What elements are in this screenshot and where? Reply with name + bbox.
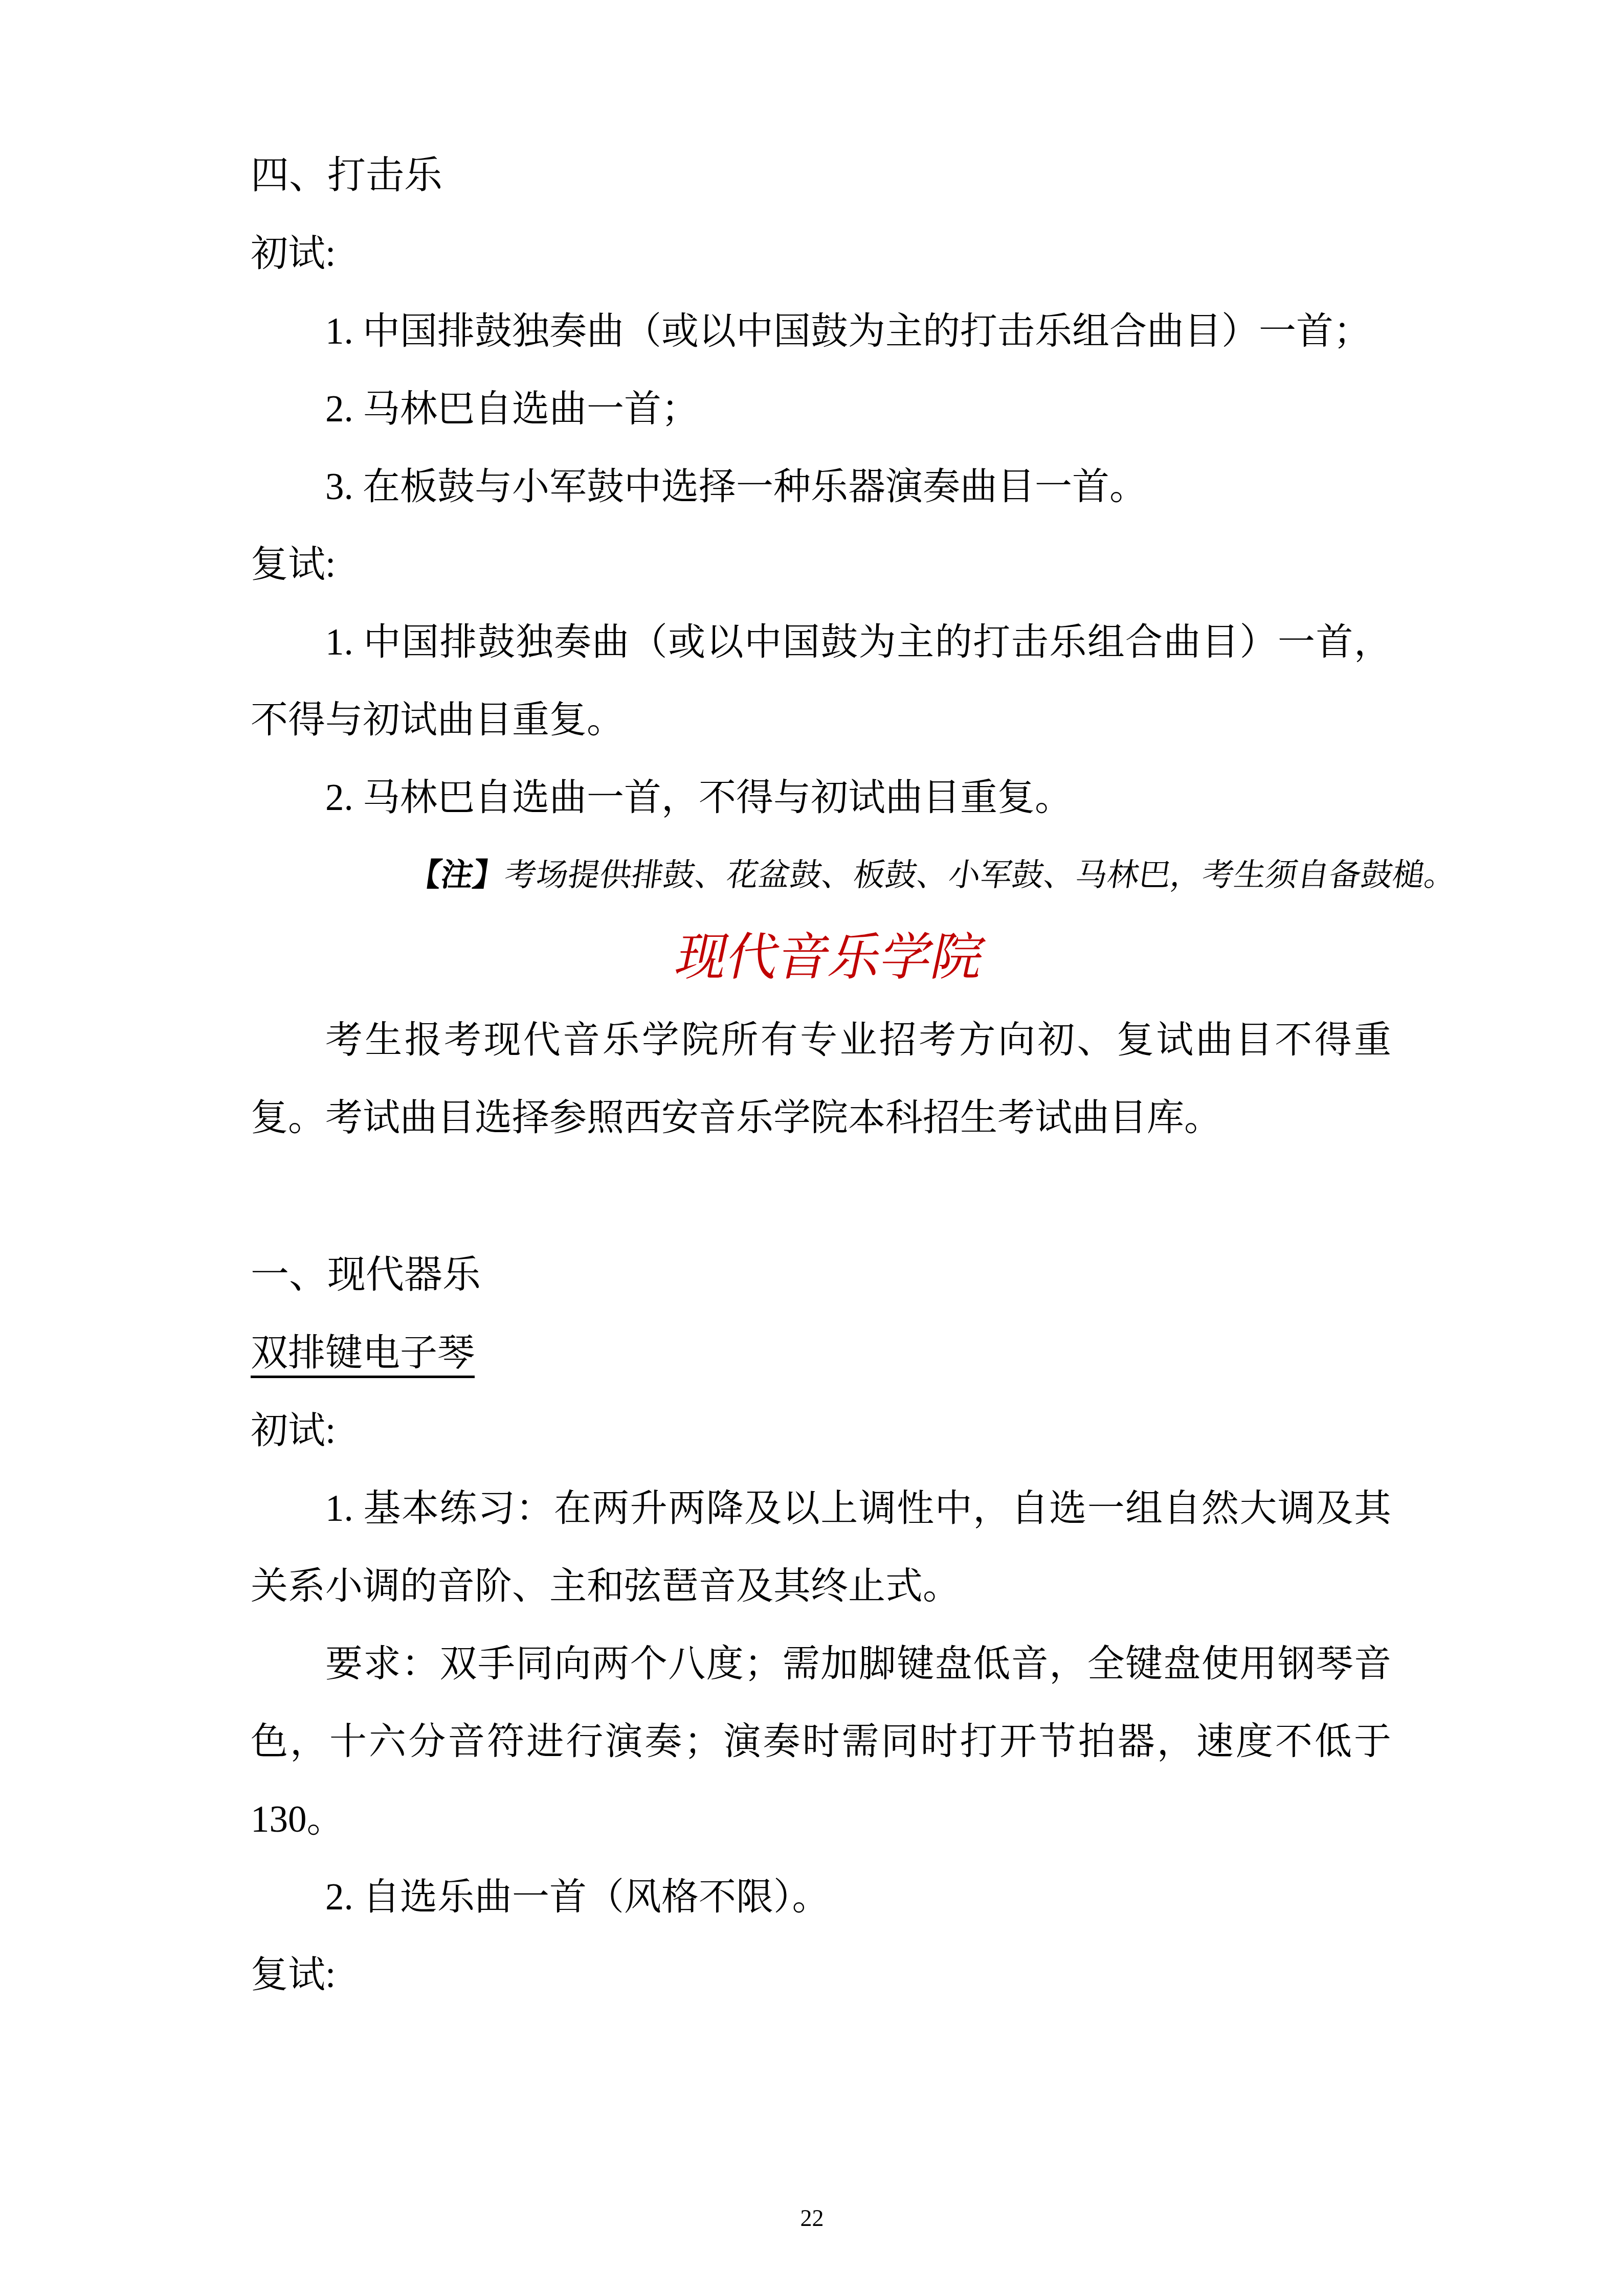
instrument-name: 双排键电子琴	[251, 1332, 475, 1378]
academy-title-text: 现代音乐学院	[668, 914, 993, 1001]
instrument-subheading: 双排键电子琴	[251, 1314, 1391, 1392]
percussion-note: 【注】考场提供排鼓、花盆鼓、板鼓、小军鼓、马林巴，考生须自备鼓槌。	[251, 837, 1391, 914]
percussion-first-round-label: 初试:	[251, 215, 1391, 292]
section-percussion: 四、打击乐 初试: 1. 中国排鼓独奏曲（或以中国鼓为主的打击乐组合曲目）一首；…	[251, 137, 1391, 914]
percussion-first-round-item-1: 1. 中国排鼓独奏曲（或以中国鼓为主的打击乐组合曲目）一首；	[251, 292, 1391, 370]
note-text: 考场提供排鼓、花盆鼓、板鼓、小军鼓、马林巴，考生须自备鼓槌。	[502, 858, 1459, 893]
instrument-first-round-label: 初试:	[251, 1392, 1391, 1470]
page-number: 22	[800, 2205, 824, 2231]
instrument-item-requirements: 要求：双手同向两个八度；需加脚键盘低音，全键盘使用钢琴音色，十六分音符进行演奏；…	[251, 1625, 1391, 1858]
instrument-item-free-piece: 2. 自选乐曲一首（风格不限）。	[251, 1858, 1391, 1936]
percussion-second-round-item-2: 2. 马林巴自选曲一首，不得与初试曲目重复。	[251, 759, 1391, 837]
percussion-first-round-item-3: 3. 在板鼓与小军鼓中选择一种乐器演奏曲目一首。	[251, 448, 1391, 526]
percussion-second-round-item-1: 1. 中国排鼓独奏曲（或以中国鼓为主的打击乐组合曲目）一首，不得与初试曲目重复。	[251, 603, 1391, 759]
percussion-second-round-label: 复试:	[251, 526, 1391, 603]
modern-instruments-heading: 一、现代器乐	[251, 1236, 1391, 1314]
page-footer: 22	[0, 2203, 1624, 2234]
document-page: 四、打击乐 初试: 1. 中国排鼓独奏曲（或以中国鼓为主的打击乐组合曲目）一首；…	[0, 0, 1624, 2296]
academy-title: 现代音乐学院	[251, 914, 1391, 1001]
section-modern-music-academy: 现代音乐学院 考生报考现代音乐学院所有专业招考方向初、复试曲目不得重复。考试曲目…	[251, 914, 1391, 2014]
note-label: 【注】	[407, 858, 507, 893]
instrument-second-round-label: 复试:	[251, 1936, 1391, 2014]
academy-intro-paragraph: 考生报考现代音乐学院所有专业招考方向初、复试曲目不得重复。考试曲目选择参照西安音…	[251, 1001, 1391, 1157]
percussion-heading: 四、打击乐	[251, 137, 1391, 215]
percussion-first-round-item-2: 2. 马林巴自选曲一首；	[251, 370, 1391, 448]
instrument-item-basic-exercise: 1. 基本练习：在两升两降及以上调性中，自选一组自然大调及其关系小调的音阶、主和…	[251, 1470, 1391, 1625]
